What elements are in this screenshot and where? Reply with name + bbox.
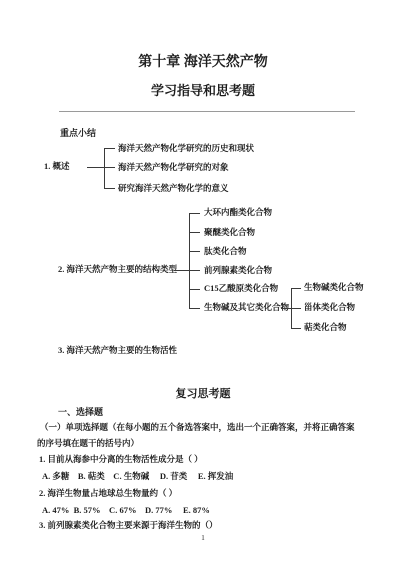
overview-label: 1. 概述 — [44, 161, 70, 172]
overview-item: 研究海洋天然产物化学的意义 — [118, 183, 229, 194]
structure-item: 聚醚类化合物 — [204, 227, 255, 238]
tree1-stub-line — [105, 148, 115, 149]
document-page: 第十章 海洋天然产物 学习指导和思考题 重点小结 1. 概述 海洋天然产物化学研… — [0, 0, 406, 577]
tree2-stub-line — [190, 308, 200, 309]
structure-types-label: 2. 海洋天然产物主要的结构类型 — [58, 264, 177, 275]
subtree-stub-line — [292, 288, 301, 289]
tree2-stub-line — [190, 213, 200, 214]
tree1-connector-line — [87, 167, 104, 168]
tree1-bracket-line — [104, 148, 105, 189]
bioactivity-item: 3. 海洋天然产物主要的生物活性 — [58, 345, 177, 356]
structure-item: C15乙酸原类化合物 — [204, 283, 278, 294]
summary-heading: 重点小结 — [60, 127, 96, 139]
tree2-stub-line — [190, 270, 200, 271]
structure-item: 生物碱及其它类化合物 — [204, 302, 289, 313]
question-text: 2. 海洋生物量占地球总生物量约（ ） — [39, 488, 177, 499]
structure-sub-item: 萜类化合物 — [304, 322, 347, 333]
doc-subtitle: 学习指导和思考题 — [0, 83, 406, 98]
subtree-stub-line — [292, 308, 301, 309]
question-text: 1. 目前从海参中分离的生物活性成分是（ ） — [39, 454, 203, 465]
tree2-stub-line — [190, 232, 200, 233]
page-number: 1 — [0, 534, 406, 543]
tree2-stub-line — [190, 251, 200, 252]
instruction-line: （一）单项选择题（在每小题的五个备选答案中，选出一个正确答案，并将正确答案 — [40, 422, 355, 433]
instruction-line: 的序号填在题干的括号内） — [37, 438, 139, 449]
tree1-stub-line — [105, 188, 115, 189]
structure-item: 大环内酯类化合物 — [204, 207, 272, 218]
question-text: 3. 前列腺素类化合物主要来源于海洋生物的（） — [39, 520, 218, 531]
header-rule — [59, 111, 355, 112]
options-text: A. 多糖 B. 萜类 C. 生物碱 D. 苷类 E. 挥发油 — [42, 471, 233, 482]
structure-item: 肽类化合物 — [204, 246, 247, 257]
chapter-title: 第十章 海洋天然产物 — [0, 55, 406, 71]
overview-item: 海洋天然产物化学研究的历史和现状 — [118, 143, 254, 154]
structure-item: 前列腺素类化合物 — [204, 265, 272, 276]
tree1-stub-line — [105, 167, 115, 168]
tree2-connector-line — [174, 270, 189, 271]
tree2-bracket-line — [189, 213, 190, 309]
subtree-stub-line — [292, 328, 301, 329]
options-text: A. 47% B. 57% C. 67% D. 77% E. 87% — [42, 505, 210, 516]
structure-sub-item: 甾体类化合物 — [304, 302, 355, 313]
tree2-stub-line — [190, 289, 200, 290]
subtree-connector-line — [281, 308, 291, 309]
choice-section-title: 一、选择题 — [58, 406, 103, 418]
overview-item: 海洋天然产物化学研究的对象 — [118, 162, 229, 173]
review-heading: 复习思考题 — [0, 387, 406, 401]
structure-sub-item: 生物碱类化合物 — [304, 282, 364, 293]
